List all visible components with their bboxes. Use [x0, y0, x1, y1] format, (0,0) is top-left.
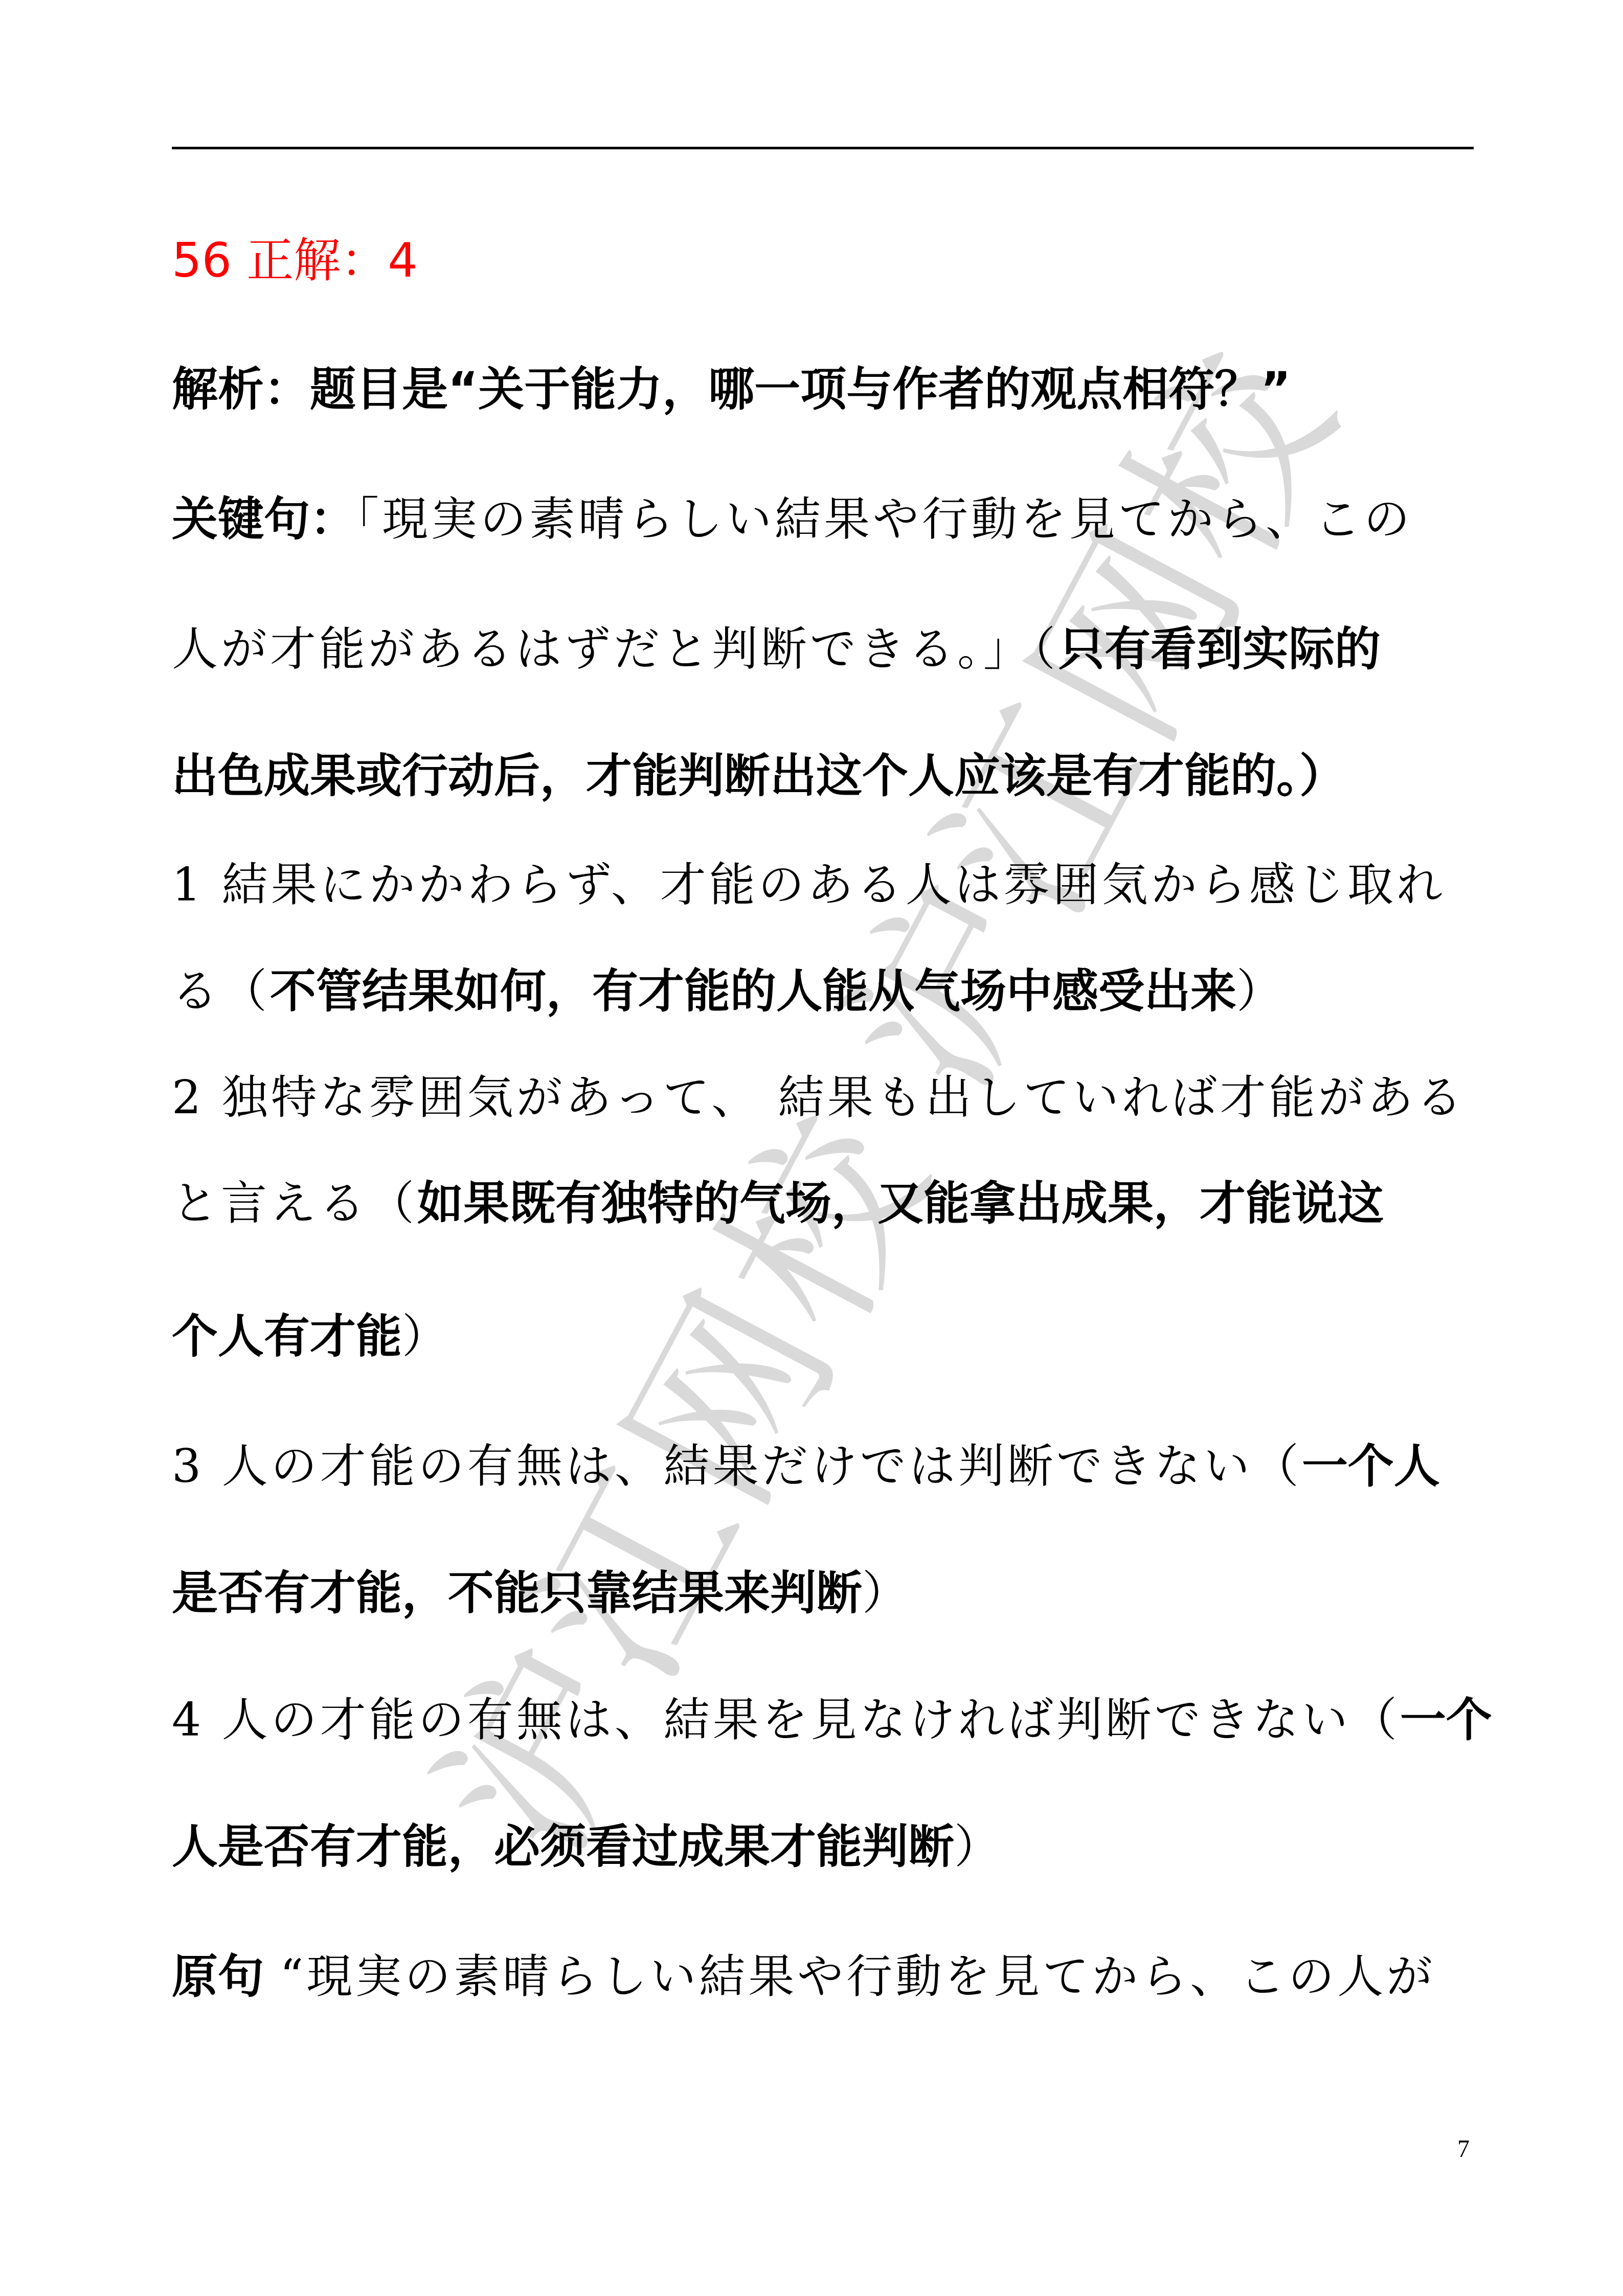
key-sentence-translation-cont: 出色成果或行动后，才能判断出这个人应该是有才能的。）: [172, 749, 1345, 803]
option-1-close-paren: ）: [1236, 964, 1286, 1018]
option-2-jp-cont: と言える（: [172, 1177, 417, 1230]
option-2-line-2: と言える（如果既有独特的气场，又能拿出成果，才能说这: [172, 1176, 1481, 1232]
option-2-line: 2 独特な雰囲気があって、 結果も出していれば才能がある: [172, 1070, 1481, 1126]
header-rule: [172, 147, 1474, 149]
page-number: 7: [1457, 2135, 1470, 2163]
option-3-close-paren: ）: [862, 1566, 911, 1620]
option-4-line: 4 人の才能の有無は、結果を見なければ判断できない（一个: [172, 1692, 1481, 1748]
key-sentence-jp: 「現実の素晴らしい結果や行動を見てから、この: [356, 492, 1413, 546]
option-2-jp: 2 独特な雰囲気があって、 結果も出していれば才能がある: [172, 1071, 1466, 1124]
analysis-line: 解析：题目是“关于能力，哪一项与作者的观点相符？”: [172, 362, 1481, 418]
key-sentence-jp-cont: 人が才能があるはずだと判断できる。」（: [172, 622, 1058, 676]
option-4-jp: 4 人の才能の有無は、結果を見なければ判断できない（: [172, 1693, 1400, 1747]
original-sentence-label: 原句: [172, 1950, 280, 2004]
option-2-translation: 如果既有独特的气场，又能拿出成果，才能说这: [417, 1177, 1384, 1230]
option-3-line-2: 是否有才能，不能只靠结果来判断）: [172, 1565, 1481, 1622]
key-sentence-line-2: 人が才能があるはずだと判断できる。」（只有看到实际的: [172, 621, 1481, 678]
key-sentence-line: 关键句：「現実の素晴らしい結果や行動を見てから、この: [172, 491, 1481, 548]
option-3-line: 3 人の才能の有無は、結果だけでは判断できない（一个人: [172, 1438, 1481, 1495]
original-sentence-jp: “現実の素晴らしい結果や行動を見てから、この人が: [280, 1950, 1435, 2004]
original-sentence-line: 原句 “現実の素晴らしい結果や行動を見てから、この人が: [172, 1949, 1481, 2005]
option-1-line-2: る（不管结果如何，有才能的人能从气场中感受出来）: [172, 963, 1481, 1020]
key-sentence-label: 关键句：: [172, 492, 356, 546]
option-3-translation-cont: 是否有才能，不能只靠结果来判断: [172, 1566, 862, 1620]
option-2-translation-cont: 个人有才能: [172, 1310, 402, 1363]
analysis-text: 解析：题目是“关于能力，哪一项与作者的观点相符？”: [172, 363, 1291, 416]
key-sentence-translation: 只有看到实际的: [1058, 622, 1381, 676]
key-sentence-line-3: 出色成果或行动后，才能判断出这个人应该是有才能的。）: [172, 748, 1481, 804]
option-1-jp-cont: る（: [172, 964, 270, 1018]
document-page: 沪江网校 沪江网校 56 正解：4 解析：题目是“关于能力，哪一项与作者的观点相…: [0, 0, 1623, 2296]
option-2-line-3: 个人有才能）: [172, 1309, 1481, 1365]
answer-heading: 56 正解：4: [172, 233, 1481, 289]
option-1-translation: 不管结果如何，有才能的人能从气场中感受出来: [270, 964, 1236, 1018]
option-4-translation: 一个: [1400, 1693, 1492, 1747]
option-4-line-2: 人是否有才能，必须看过成果才能判断）: [172, 1819, 1481, 1875]
option-4-translation-cont: 人是否有才能，必须看过成果才能判断: [172, 1820, 954, 1874]
option-1-jp: 1 結果にかかわらず、才能のある人は雰囲気から感じ取れ: [172, 858, 1446, 912]
option-2-close-paren: ）: [402, 1310, 451, 1363]
option-3-translation: 一个人: [1302, 1439, 1440, 1493]
option-3-jp: 3 人の才能の有無は、結果だけでは判断できない（: [172, 1439, 1302, 1493]
option-4-close-paren: ）: [954, 1820, 1003, 1874]
option-1-line: 1 結果にかかわらず、才能のある人は雰囲気から感じ取れ: [172, 857, 1481, 913]
